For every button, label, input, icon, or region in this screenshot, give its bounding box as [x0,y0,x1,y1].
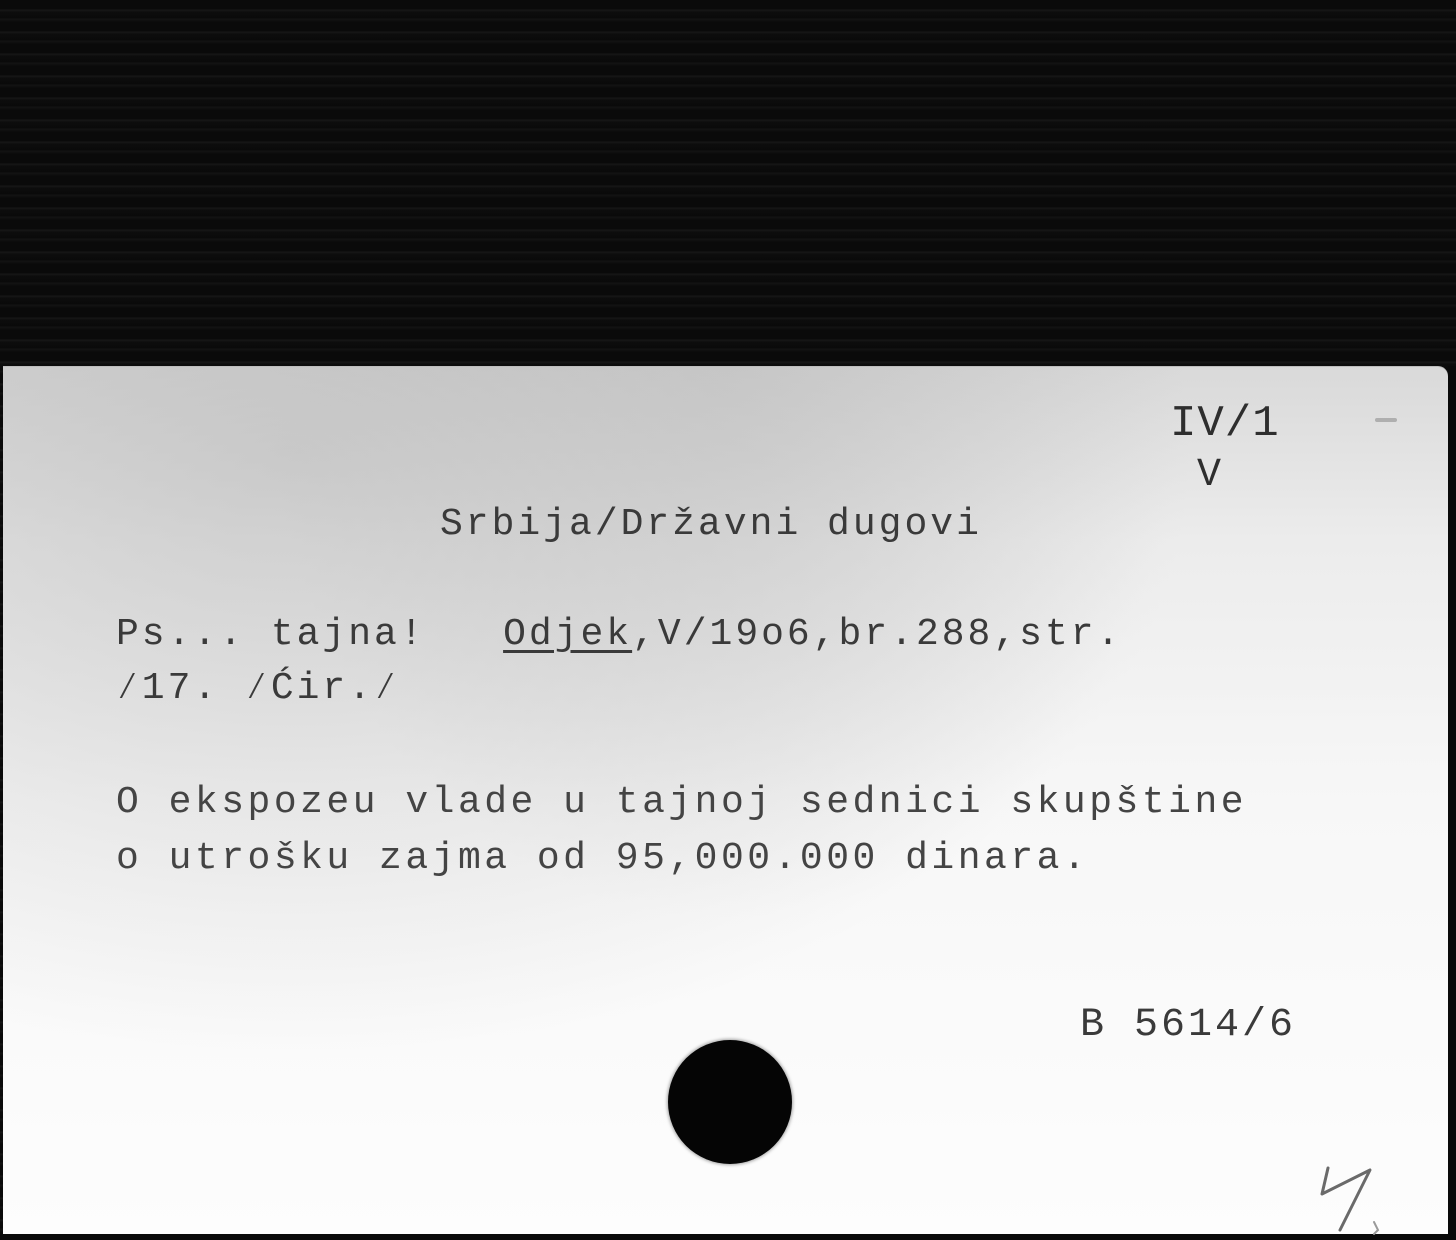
subject-heading: Srbija/Državni dugovi [440,506,982,544]
page-and-script-note: ⁄17. ⁄Ćir.⁄ [116,670,400,708]
classification-mark: IV/1 [1170,402,1280,446]
punch-hole [668,1040,792,1164]
classification-submark: V [1197,456,1223,496]
card-bottom-edge-shadow [0,1234,1456,1240]
article-title: Ps... tajna! [116,613,426,656]
card-right-edge-shadow [1448,366,1456,1240]
stray-pencil-mark [1375,418,1397,422]
citation-line: Ps... tajna! Odjek,V/19o6,br.288,str. [116,616,1122,654]
call-number: B 5614/6 [1080,1006,1296,1046]
source-title: Odjek [503,613,632,656]
abstract-line-1: O ekspozeu vlade u tajnoj sednici skupšt… [116,784,1247,822]
source-details: ,V/19o6,br.288,str. [632,613,1122,656]
abstract-line-2: o utrošku zajma od 95,000.000 dinara. [116,840,1089,878]
handwritten-number-icon [1318,1160,1388,1235]
